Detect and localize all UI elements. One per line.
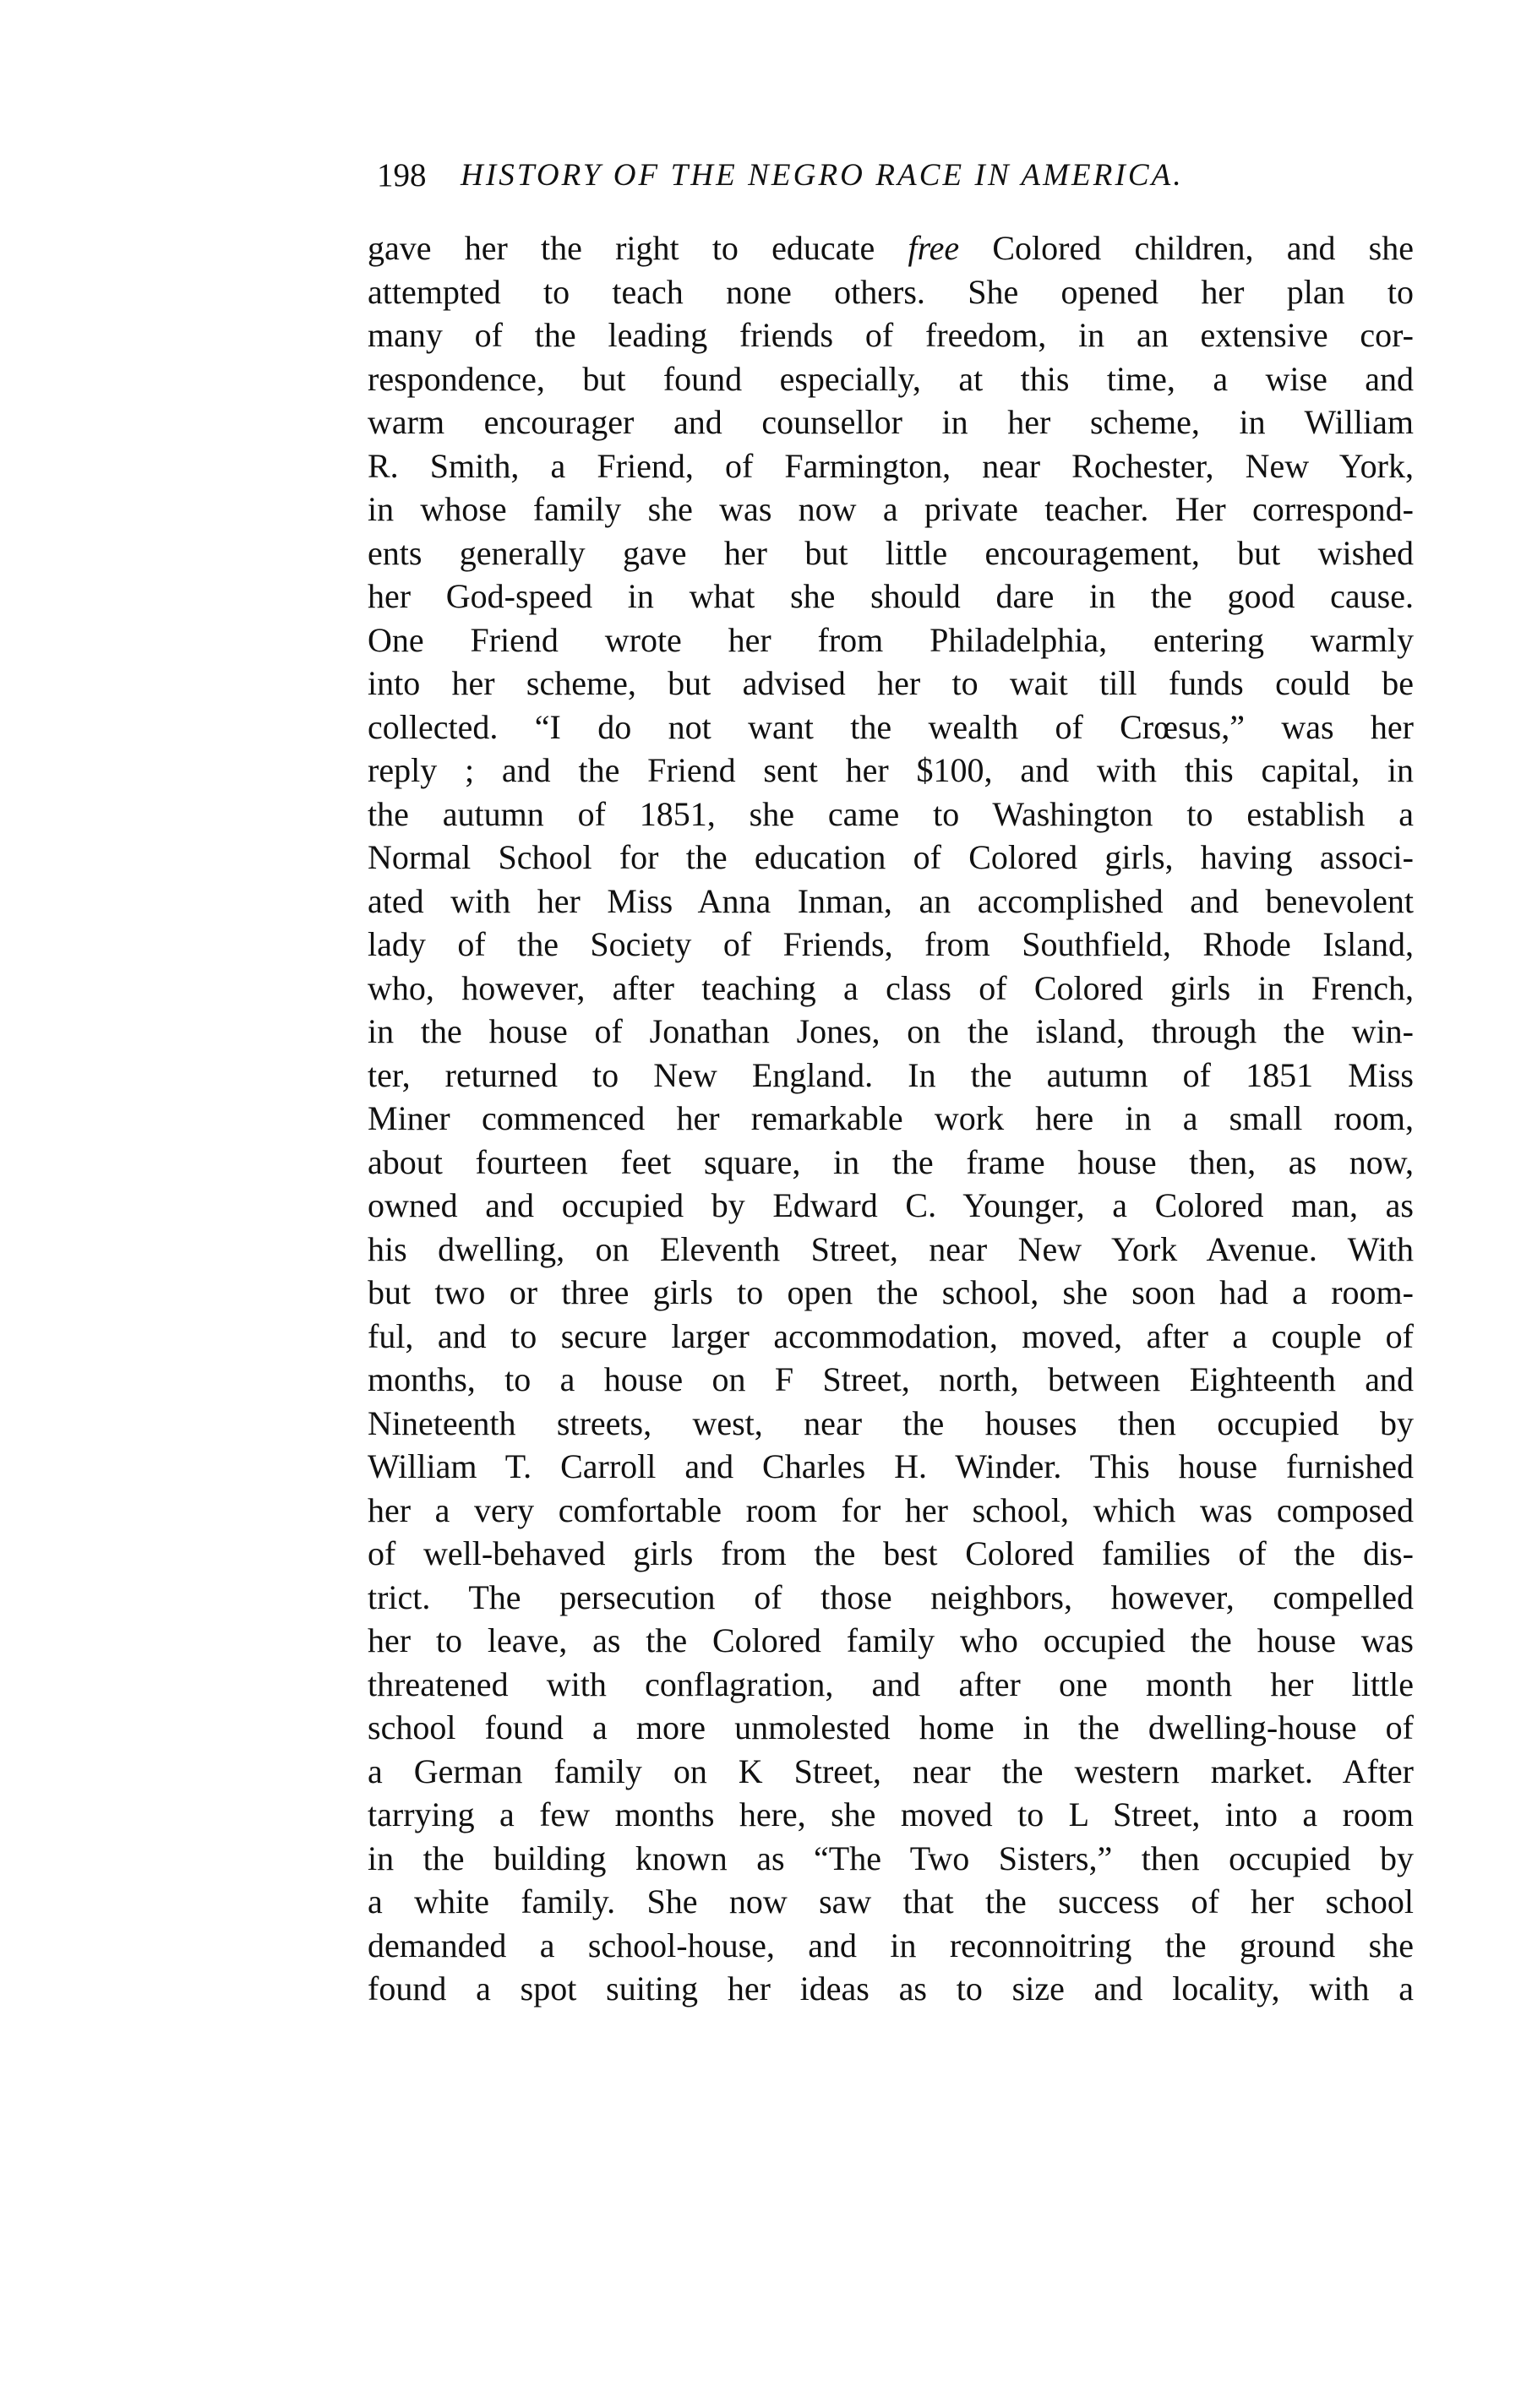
page-number: 198: [377, 157, 427, 194]
text-line: respondence, but found especially, at th…: [368, 357, 1414, 401]
text-line: ter, returned to New England. In the aut…: [368, 1054, 1414, 1098]
text-line: into her scheme, but advised her to wait…: [368, 662, 1414, 706]
text-line: the autumn of 1851, she came to Washingt…: [368, 793, 1414, 836]
text-segment: Colored children, and she: [959, 229, 1414, 267]
text-line: school found a more unmolested home in t…: [368, 1706, 1414, 1750]
text-line: his dwelling, on Eleventh Street, near N…: [368, 1228, 1414, 1272]
text-line: gave her the right to educate free Color…: [368, 226, 1414, 270]
text-line: in whose family she was now a private te…: [368, 488, 1414, 531]
text-line: tarrying a few months here, she moved to…: [368, 1793, 1414, 1837]
text-line: Nineteenth streets, west, near the house…: [368, 1402, 1414, 1446]
text-segment: gave her the right to educate: [368, 229, 908, 267]
text-line: but two or three girls to open the schoo…: [368, 1271, 1414, 1315]
running-title: HISTORY OF THE NEGRO RACE IN AMERICA.: [461, 157, 1184, 194]
text-line: demanded a school-house, and in reconnoi…: [368, 1924, 1414, 1968]
text-line: One Friend wrote her from Philadelphia, …: [368, 618, 1414, 662]
text-line: attempted to teach none others. She open…: [368, 270, 1414, 314]
text-line: of well-behaved girls from the best Colo…: [368, 1532, 1414, 1576]
text-line: who, however, after teaching a class of …: [368, 967, 1414, 1011]
text-line: in the building known as “The Two Sister…: [368, 1837, 1414, 1881]
text-line: months, to a house on F Street, north, b…: [368, 1358, 1414, 1402]
text-line: her God-speed in what she should dare in…: [368, 575, 1414, 618]
italic-emphasis: free: [908, 229, 959, 267]
text-line: R. Smith, a Friend, of Farmington, near …: [368, 444, 1414, 488]
text-line: collected. “I do not want the wealth of …: [368, 706, 1414, 749]
book-page: 198 HISTORY OF THE NEGRO RACE IN AMERICA…: [0, 0, 1521, 2408]
text-line: ful, and to secure larger accommodation,…: [368, 1315, 1414, 1359]
text-line: ents generally gave her but little encou…: [368, 531, 1414, 575]
text-line: many of the leading friends of freedom, …: [368, 313, 1414, 357]
text-line: her a very comfortable room for her scho…: [368, 1489, 1414, 1533]
text-line: William T. Carroll and Charles H. Winder…: [368, 1445, 1414, 1489]
text-line: her to leave, as the Colored family who …: [368, 1619, 1414, 1663]
text-line: about fourteen feet square, in the frame…: [368, 1141, 1414, 1185]
text-line: a white family. She now saw that the suc…: [368, 1880, 1414, 1924]
text-line: warm encourager and counsellor in her sc…: [368, 400, 1414, 444]
text-line: trict. The persecution of those neighbor…: [368, 1576, 1414, 1620]
text-line: Normal School for the education of Color…: [368, 836, 1414, 880]
text-line: owned and occupied by Edward C. Younger,…: [368, 1184, 1414, 1228]
text-line: in the house of Jonathan Jones, on the i…: [368, 1010, 1414, 1054]
body-text: gave her the right to educate free Color…: [368, 226, 1414, 2011]
text-line: a German family on K Street, near the we…: [368, 1750, 1414, 1794]
text-line: Miner commenced her remarkable work here…: [368, 1097, 1414, 1141]
text-line: found a spot suiting her ideas as to siz…: [368, 1967, 1414, 2011]
text-line: threatened with conflagration, and after…: [368, 1663, 1414, 1707]
text-line: ated with her Miss Anna Inman, an accomp…: [368, 880, 1414, 923]
text-line: lady of the Society of Friends, from Sou…: [368, 923, 1414, 967]
text-line: reply ; and the Friend sent her $100, an…: [368, 749, 1414, 793]
running-head: 198 HISTORY OF THE NEGRO RACE IN AMERICA…: [377, 157, 1357, 194]
